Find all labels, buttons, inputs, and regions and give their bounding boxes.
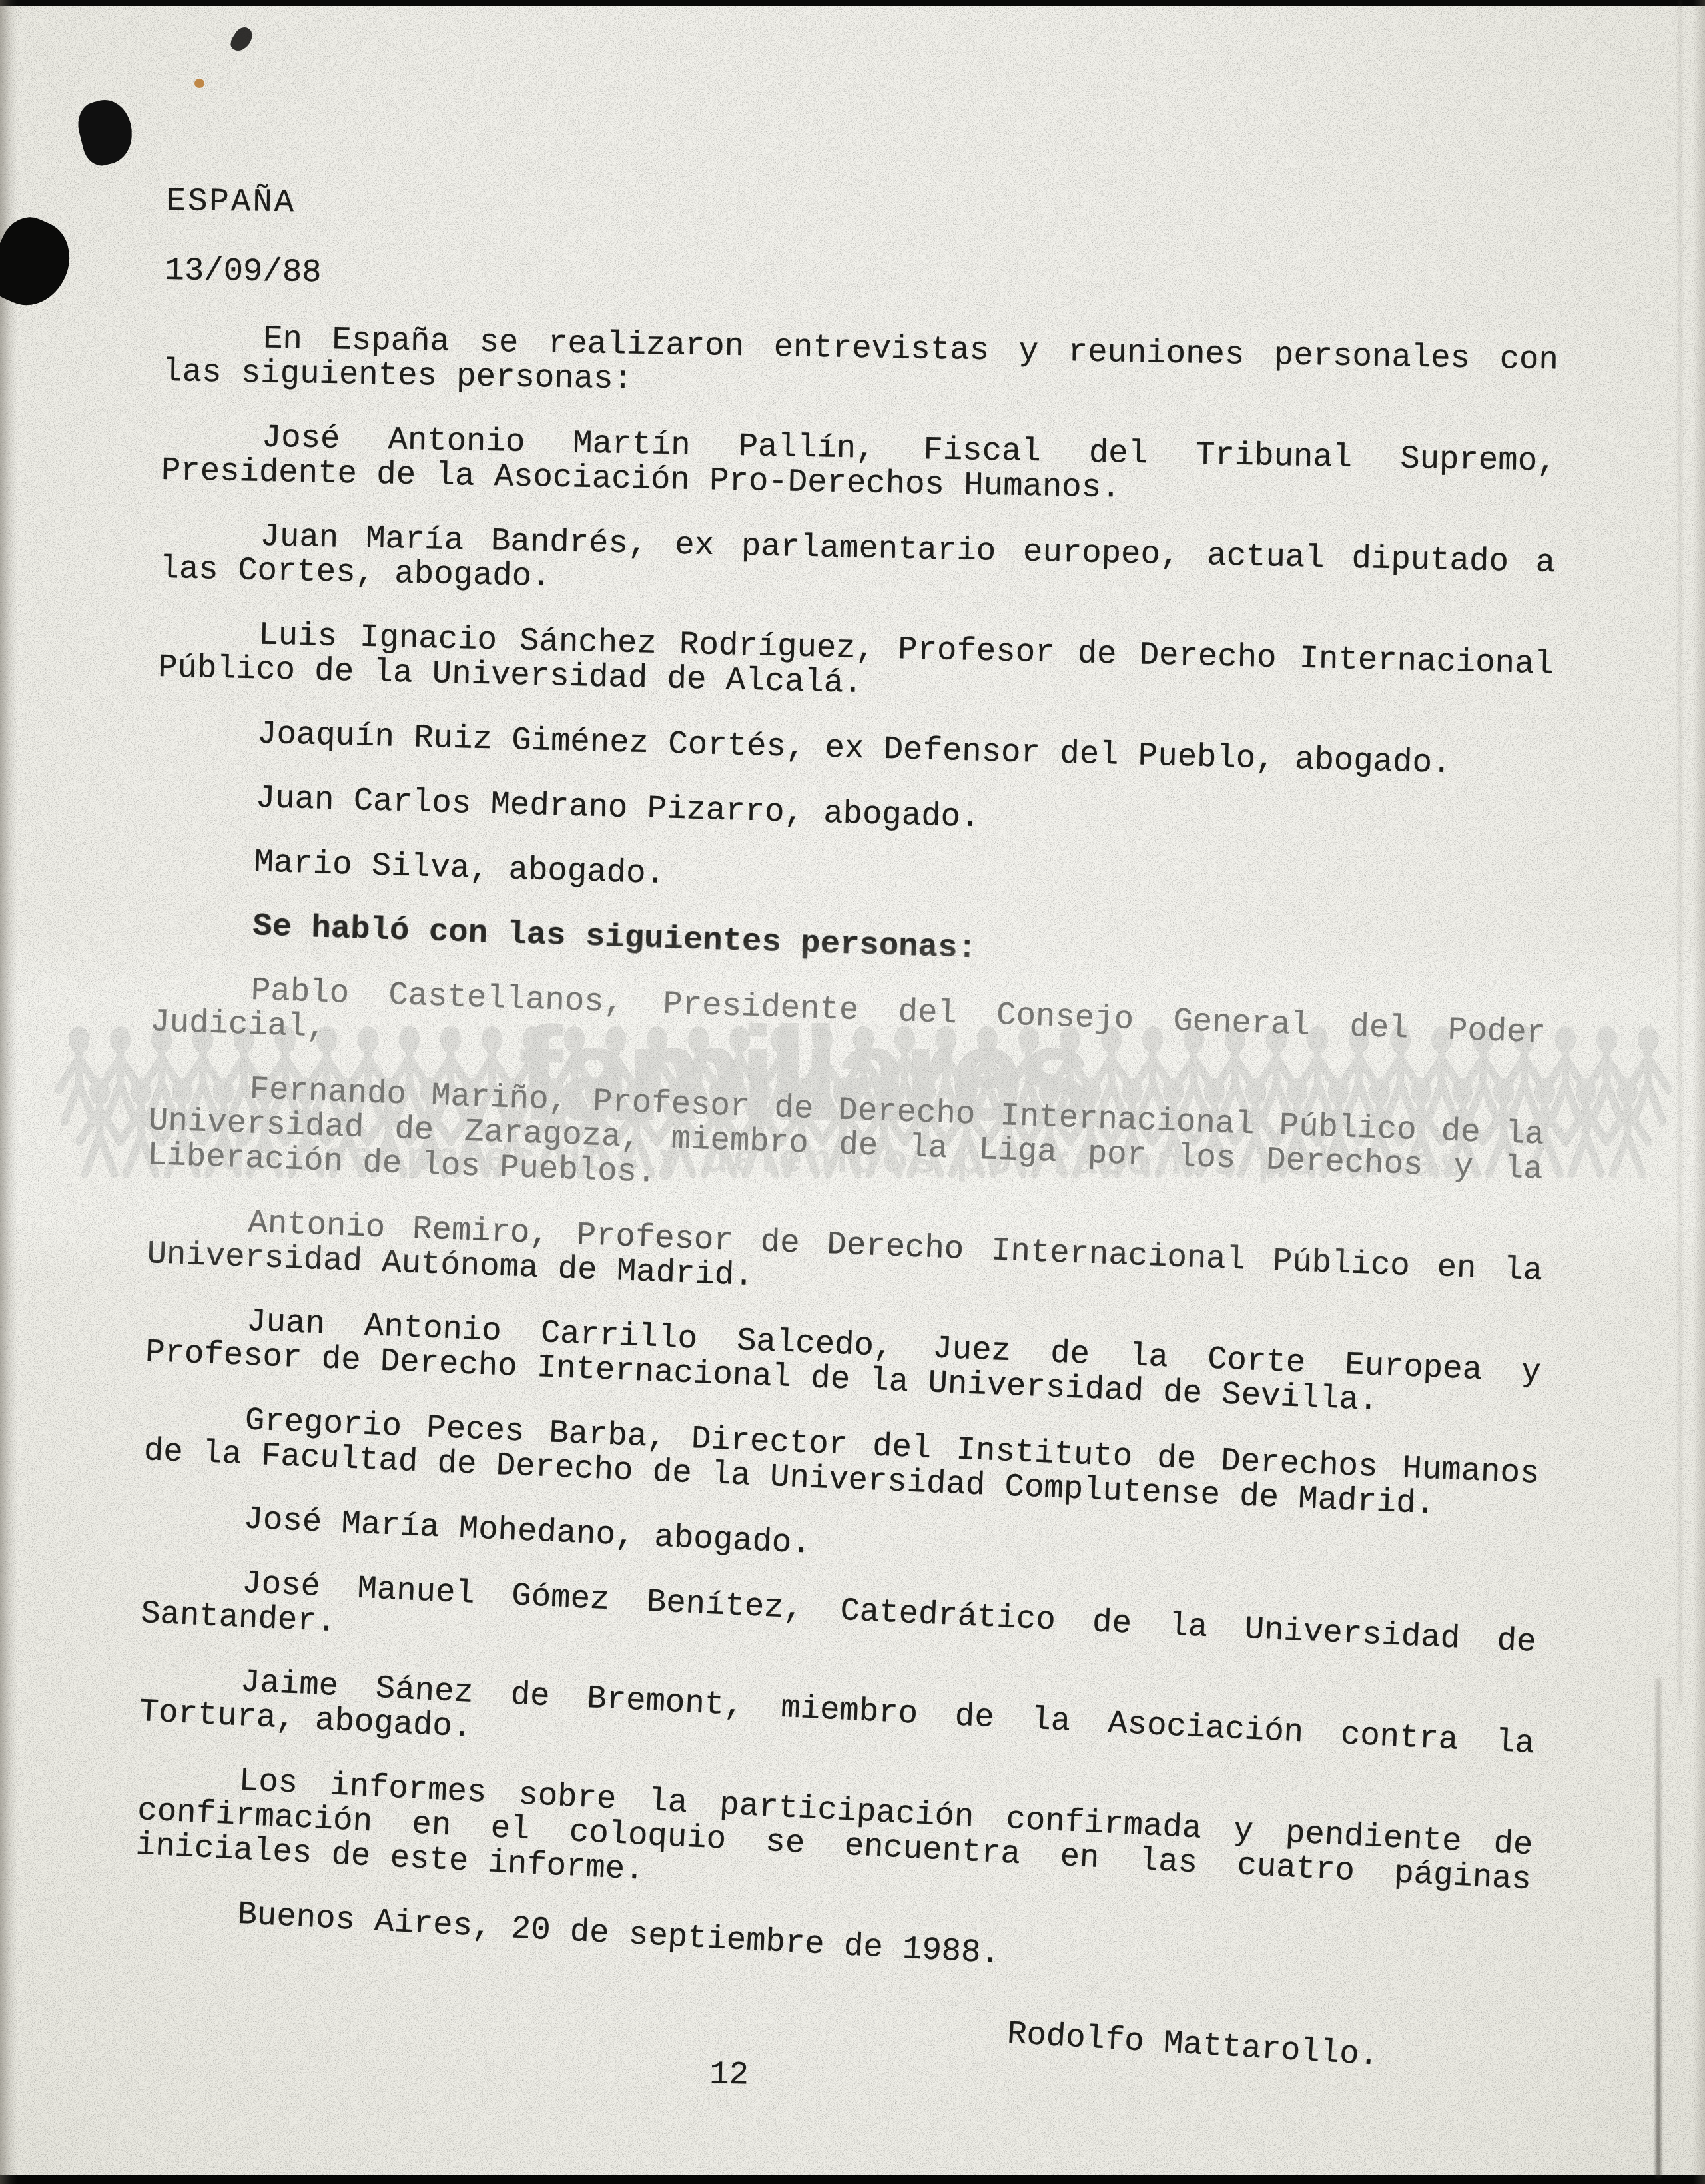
stain-spot [194, 79, 204, 88]
text-line: Mario Silva, abogado. [154, 842, 1550, 917]
fold-crease [1678, 0, 1682, 1705]
country-heading: ESPAÑA [166, 184, 1561, 236]
text-line: Se habló con las siguientes personas: [153, 906, 1548, 984]
ink-blot [228, 24, 256, 55]
paragraph: FernandoMariño,ProfesordeDerechoInternac… [147, 1068, 1544, 1222]
document-body: ESPAÑA 13/09/88 EnEspañaserealizaronentr… [167, 184, 1562, 2110]
paragraph: JoséAntonioMartínPallín,FiscaldelTribuna… [161, 418, 1557, 514]
scan-edge-left [0, 0, 17, 2184]
scan-edge-top [0, 0, 1705, 6]
paragraph: Joaquín Ruiz Giménez Cortés, ex Defensor… [157, 714, 1553, 783]
text-line: Juan Carlos Medrano Pizarro, abogado. [155, 778, 1551, 850]
paragraph: PabloCastellanos,PresidentedelConsejoGen… [150, 970, 1546, 1085]
paragraph: Mario Silva, abogado. [154, 842, 1550, 917]
scanned-document-page: familiares de desaparecidos y detenidos … [0, 0, 1705, 2184]
paragraph: Juan Carlos Medrano Pizarro, abogado. [155, 778, 1551, 850]
ink-blot [0, 208, 83, 318]
scan-edge-right [1693, 0, 1705, 2184]
ink-blot [73, 95, 139, 169]
paragraph: AntonioRemiro,ProfesordeDerechoInternaci… [147, 1202, 1543, 1323]
paragraph: EnEspañaserealizaronentrevistasyreunione… [163, 320, 1558, 412]
paragraph: Se habló con las siguientes personas: [153, 906, 1548, 984]
fold-crease [1656, 1678, 1661, 2178]
paragraph: JuanMaríaBandrés,exparlamentarioeuropeo,… [159, 517, 1556, 615]
scan-edge-bottom [0, 2175, 1705, 2184]
paragraph-list: EnEspañaserealizaronentrevistasyreunione… [167, 320, 1562, 1926]
paragraph: LuisIgnacioSánchezRodríguez,ProfesordeDe… [158, 615, 1554, 717]
report-date: 13/09/88 [165, 253, 1560, 308]
text-line: Joaquín Ruiz Giménez Cortés, ex Defensor… [157, 714, 1553, 783]
